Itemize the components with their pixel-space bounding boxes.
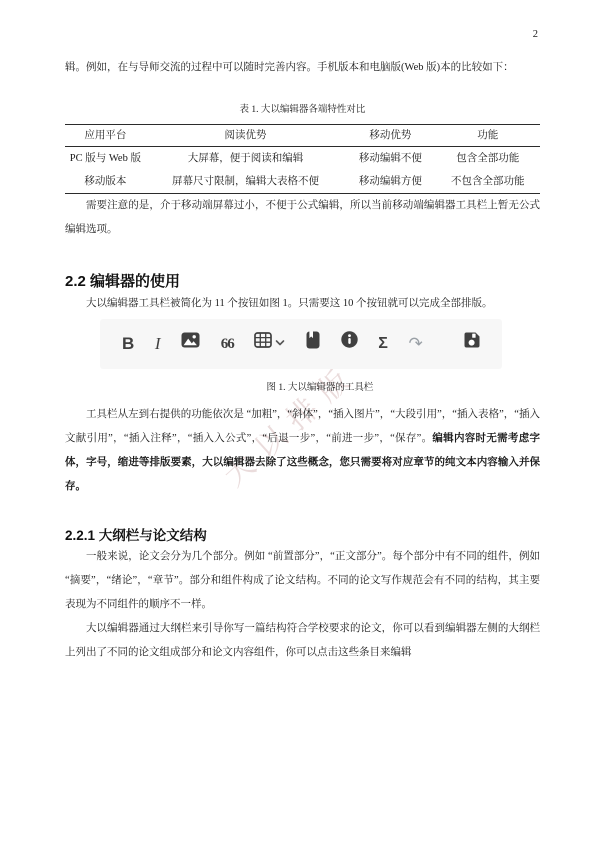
table-cell: 不包含全部功能 bbox=[436, 170, 541, 194]
table-caption: 表 1. 大以编辑器各端特性对比 bbox=[65, 104, 540, 117]
page-number: 2 bbox=[65, 28, 538, 42]
save-button[interactable] bbox=[464, 332, 480, 357]
paragraph-version-comparison: 辑。例如，在与导师交流的过程中可以随时完善内容。手机版本和电脑版(Web 版)本… bbox=[65, 56, 540, 80]
column-header-function: 功能 bbox=[436, 125, 541, 147]
figure-caption: 图 1. 大以编辑器的工具栏 bbox=[100, 382, 540, 395]
insert-image-button[interactable] bbox=[181, 332, 200, 357]
paragraph-toolbar-functions: 工具栏从左到右提供的功能依次是 “加粗”，“斜体”，“插入图片”，“大段引用”，… bbox=[65, 403, 540, 499]
info-circle-icon bbox=[341, 331, 358, 357]
paragraph-outline-bar: 大以编辑器通过大纲栏来引导你写一篇结构符合学校要求的论文，你可以看到编辑器左侧的… bbox=[65, 617, 540, 665]
table-cell: 屏幕尺寸限制，编辑大表格不便 bbox=[146, 170, 346, 194]
insert-footnote-button[interactable] bbox=[341, 331, 358, 357]
italic-icon: I bbox=[155, 332, 161, 356]
sigma-icon: Σ bbox=[378, 332, 388, 356]
section-heading-2-2-1: 2.2.1 大纲栏与论文结构 bbox=[65, 527, 540, 545]
image-icon bbox=[181, 332, 200, 357]
undo-arrow-icon: ↷ bbox=[408, 332, 422, 356]
comparison-table: 应用平台 阅读优势 移动优势 功能 PC 版与 Web 版 大屏幕，便于阅读和编… bbox=[65, 124, 540, 194]
bold-icon: B bbox=[122, 332, 134, 356]
table-cell: 大屏幕，便于阅读和编辑 bbox=[146, 147, 346, 171]
paragraph-toolbar-intro: 大以编辑器工具栏被简化为 11 个按钮如图 1。只需要这 10 个按钮就可以完成… bbox=[65, 292, 540, 316]
editor-toolbar: B I 66 bbox=[100, 319, 502, 369]
section-heading-2-2: 2.2 编辑器的使用 bbox=[65, 272, 540, 292]
document-page: 大以排版 2 辑。例如，在与导师交流的过程中可以随时完善内容。手机版本和电脑版(… bbox=[0, 0, 595, 842]
table-row: PC 版与 Web 版 大屏幕，便于阅读和编辑 移动编辑不便 包含全部功能 bbox=[65, 147, 540, 171]
column-header-mobility: 移动优势 bbox=[345, 125, 435, 147]
table-cell: 包含全部功能 bbox=[436, 147, 541, 171]
quote-icon: 66 bbox=[221, 332, 234, 356]
table-grid-icon bbox=[254, 332, 272, 357]
floppy-disk-icon bbox=[464, 332, 480, 357]
bold-button[interactable]: B bbox=[122, 332, 134, 356]
page-content: 2 辑。例如，在与导师交流的过程中可以随时完善内容。手机版本和电脑版(Web 版… bbox=[65, 28, 540, 665]
toolbar-figure: B I 66 bbox=[100, 319, 540, 395]
table-cell: PC 版与 Web 版 bbox=[65, 147, 146, 171]
table-header-row: 应用平台 阅读优势 移动优势 功能 bbox=[65, 125, 540, 147]
table-cell: 移动编辑方便 bbox=[345, 170, 435, 194]
insert-formula-button[interactable]: Σ bbox=[378, 332, 388, 356]
paragraph-mobile-note: 需要注意的是，介于移动端屏幕过小，不便于公式编辑，所以当前移动端编辑器工具栏上暂… bbox=[65, 194, 540, 242]
column-header-platform: 应用平台 bbox=[65, 125, 146, 147]
italic-button[interactable]: I bbox=[155, 332, 161, 356]
undo-button[interactable]: ↷ bbox=[408, 332, 422, 356]
table-row: 移动版本 屏幕尺寸限制，编辑大表格不便 移动编辑方便 不包含全部功能 bbox=[65, 170, 540, 194]
table-cell: 移动版本 bbox=[65, 170, 146, 194]
chevron-down-icon bbox=[275, 332, 285, 356]
insert-citation-button[interactable] bbox=[306, 331, 320, 358]
column-header-reading: 阅读优势 bbox=[146, 125, 346, 147]
blockquote-button[interactable]: 66 bbox=[221, 332, 234, 356]
table-cell: 移动编辑不便 bbox=[345, 147, 435, 171]
paragraph-paper-structure: 一般来说，论文会分为几个部分。例如 “前置部分”，“正文部分”。每个部分中有不同… bbox=[65, 545, 540, 617]
insert-table-button[interactable] bbox=[254, 332, 285, 357]
book-bookmark-icon bbox=[306, 331, 320, 358]
